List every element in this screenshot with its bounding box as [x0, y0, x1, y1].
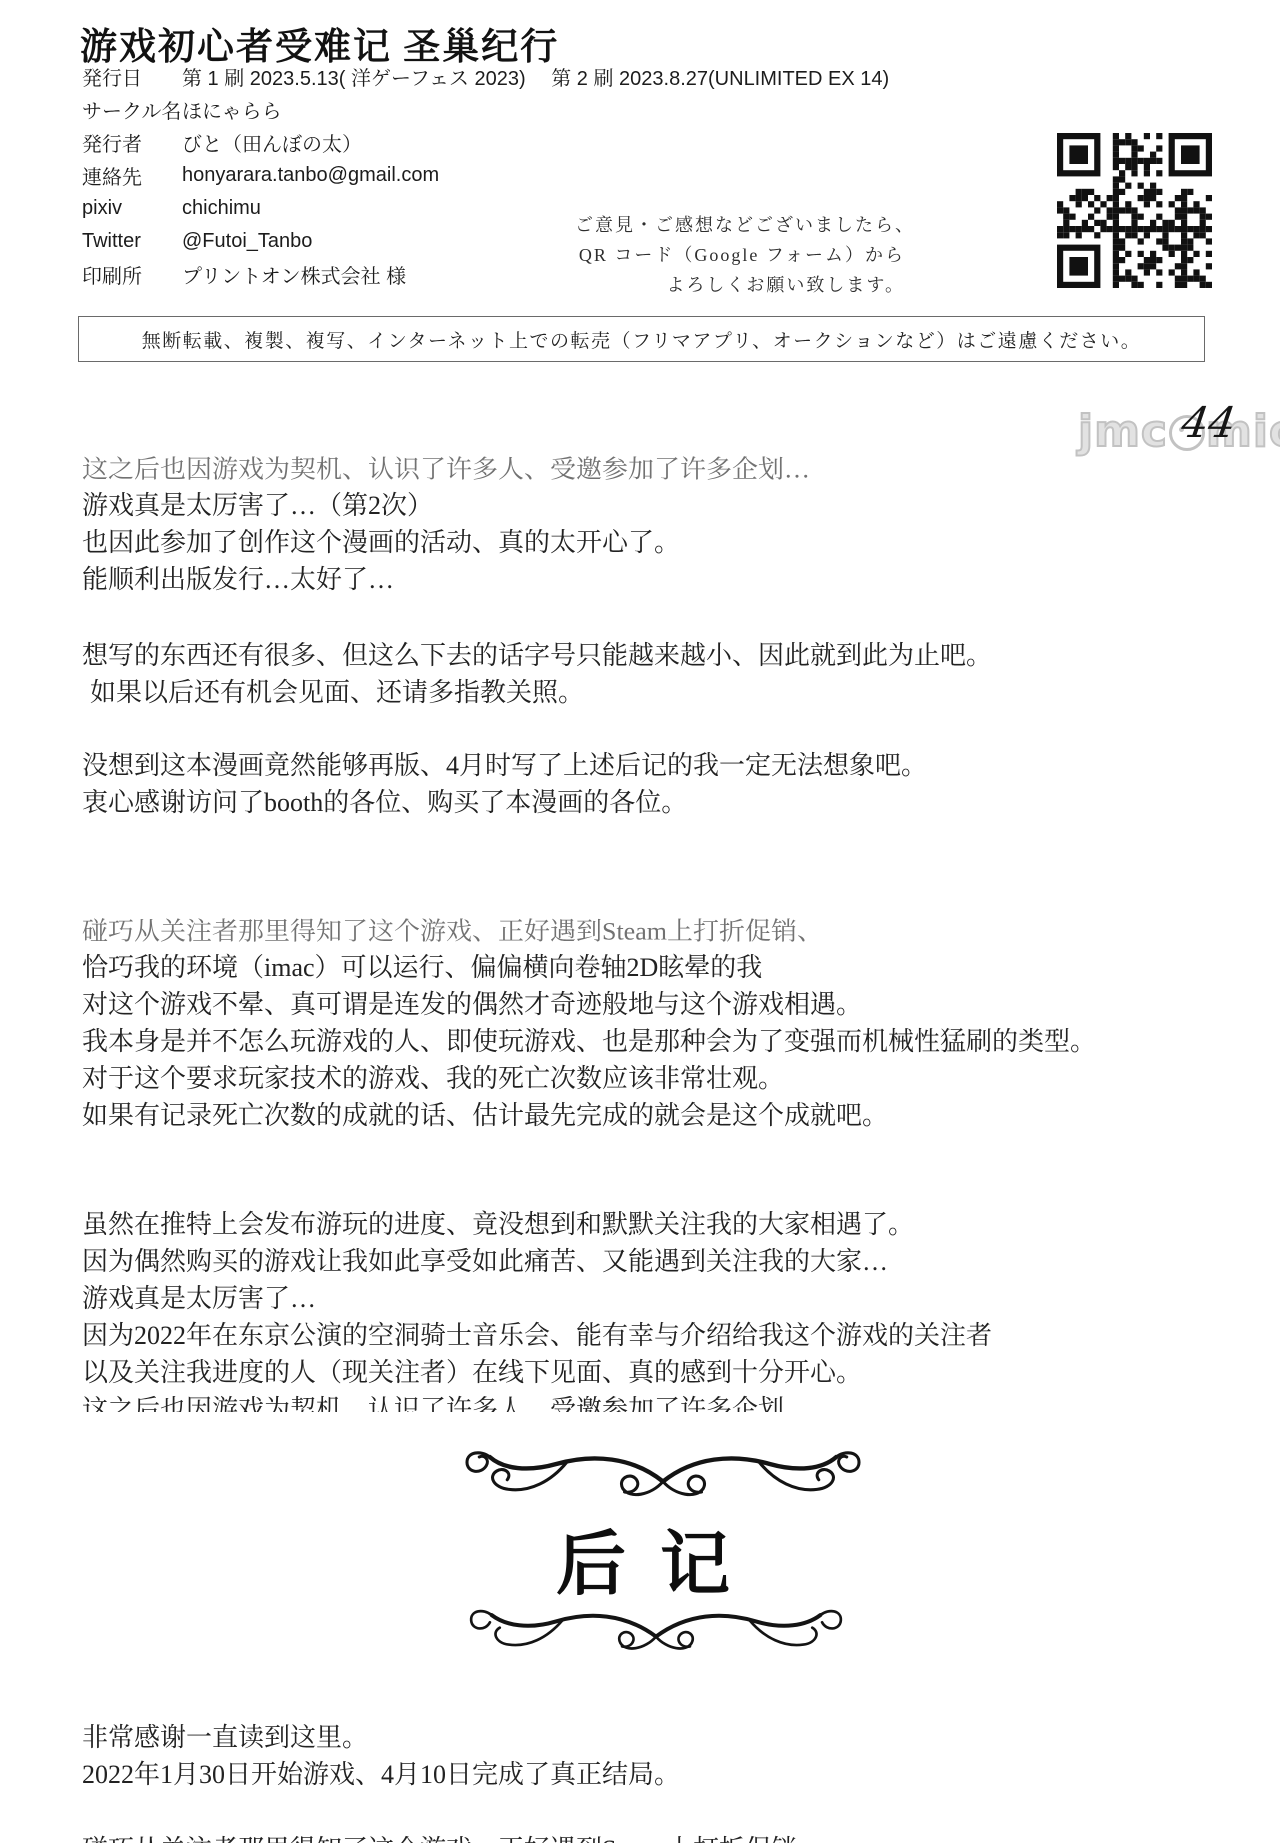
colophon-value: ほにゃらら [182, 95, 282, 124]
colophon-value: 第 1 刷 2023.5.13( 洋ゲーフェス 2023) 第 2 刷 2023… [182, 62, 889, 91]
colophon-row: 連絡先 honyarara.tanbo@gmail.com [82, 159, 889, 192]
text-line: 没想到这本漫画竟然能够再版、4月时写了上述后记的我一定无法想象吧。 [82, 747, 1240, 784]
section-heading: 后记 [0, 1508, 1280, 1609]
text-line: 如果有记录死亡次数的成就的话、估计最先完成的就会是这个成就吧。 [82, 1097, 1240, 1134]
text-line-clipped-bottom: 碰巧从关注者那里得知了这个游戏、正好遇到Steam上打折促销、 [82, 1831, 823, 1843]
colophon-label: 印刷所 [82, 260, 182, 289]
text-line: 因为2022年在东京公演的空洞骑士音乐会、能有幸与介绍给我这个游戏的关注者 [82, 1317, 1240, 1354]
colophon-label: Twitter [82, 230, 182, 253]
paragraph-4: 碰巧从关注者那里得知了这个游戏、正好遇到Steam上打折促销、 恰巧我的环境（i… [82, 912, 1240, 1134]
text-line: 这之后也因游戏为契机、认识了许多人、受邀参加了许多企划… [82, 451, 1240, 487]
colophon-printer: プリントオン株式会社 様 [182, 260, 406, 289]
text-line: 对于这个要求玩家技术的游戏、我的死亡次数应该非常壮观。 [82, 1060, 1240, 1097]
text-line: 因为偶然购买的游戏让我如此享受如此痛苦、又能遇到关注我的大家… [82, 1243, 1240, 1280]
text-line: 游戏真是太厉害了… [82, 1280, 1240, 1317]
afterword-page: 游戏初心者受难记 圣巢纪行 発行日 第 1 刷 2023.5.13( 洋ゲーフェ… [0, 0, 1280, 1843]
text-line: 2022年1月30日开始游戏、4月10日完成了真正结局。 [82, 1756, 1240, 1793]
colophon-pixiv-id: chichimu [182, 197, 261, 220]
colophon-email: honyarara.tanbo@gmail.com [182, 164, 439, 187]
text-line: 游戏真是太厉害了…（第2次） [82, 487, 1240, 524]
colophon-label: 連絡先 [82, 161, 182, 190]
text-line: 碰巧从关注者那里得知了这个游戏、正好遇到Steam上打折促销、 [82, 913, 1240, 949]
paragraph-3: 没想到这本漫画竟然能够再版、4月时写了上述后记的我一定无法想象吧。 衷心感谢访问… [82, 747, 1240, 821]
qr-code [1057, 133, 1212, 288]
text-line: 对这个游戏不晕、真可谓是连发的偶然才奇迹般地与这个游戏相遇。 [82, 986, 1240, 1023]
text-line: 也因此参加了创作这个漫画的活动、真的太开心了。 [82, 524, 1240, 561]
colophon-label: 発行者 [82, 128, 182, 157]
colophon-row: 発行日 第 1 刷 2023.5.13( 洋ゲーフェス 2023) 第 2 刷 … [82, 60, 889, 93]
colophon-row: 発行者 びと（田んぼの太） [82, 126, 889, 159]
text-line: 虽然在推特上会发布游玩的进度、竟没想到和默默关注我的大家相遇了。 [82, 1206, 1240, 1243]
text-line: 我本身是并不怎么玩游戏的人、即使玩游戏、也是那种会为了变强而机械性猛刷的类型。 [82, 1023, 1240, 1060]
feedback-line: よろしくお願い致します。 [575, 270, 905, 300]
paragraph-5: 虽然在推特上会发布游玩的进度、竟没想到和默默关注我的大家相遇了。 因为偶然购买的… [82, 1206, 1240, 1412]
colophon-label: 発行日 [82, 62, 182, 91]
feedback-line: ご意見・ご感想などございましたら、 [575, 210, 905, 240]
text-line: 如果以后还有机会见面、还请多指教关照。 [82, 674, 1240, 711]
watermark-text-left: jmc [1078, 406, 1168, 457]
page-number: 44 [1179, 398, 1239, 447]
colophon-label: サークル名 [82, 95, 182, 124]
text-line: 衷心感谢访问了booth的各位、购买了本漫画的各位。 [82, 784, 1240, 821]
text-line-clipped: 这之后也因游戏为契机、认识了许多人、受邀参加了许多企划… [82, 1391, 1240, 1412]
colophon-value: びと（田んぼの太） [182, 128, 362, 157]
text-line: 以及关注我进度的人（现关注者）在线下见面、真的感到十分开心。 [82, 1354, 1240, 1391]
text-line: 想写的东西还有很多、但这么下去的话字号只能越来越小、因此就到此为止吧。 [82, 637, 1240, 674]
paragraph-1: 这之后也因游戏为契机、认识了许多人、受邀参加了许多企划… 游戏真是太厉害了…（第… [82, 450, 1240, 598]
text-line: 能顺利出版发行…太好了… [82, 561, 1240, 598]
text-line: 恰巧我的环境（imac）可以运行、偏偏横向卷轴2D眩晕的我 [82, 949, 1240, 986]
closing-paragraph: 非常感谢一直读到这里。 2022年1月30日开始游戏、4月10日完成了真正结局。 [82, 1719, 1240, 1793]
notice-box: 無断転載、複製、複写、インターネット上での転売（フリマアプリ、オークションなど）… [78, 316, 1205, 362]
feedback-note: ご意見・ご感想などございましたら、 QR コード（Google フォーム）から … [575, 210, 905, 300]
colophon-twitter-id: @Futoi_Tanbo [182, 230, 312, 253]
text-line: 非常感谢一直读到这里。 [82, 1719, 1240, 1756]
flourish-ornament-bottom [426, 1608, 886, 1658]
feedback-line: QR コード（Google フォーム）から [575, 240, 905, 270]
flourish-ornament-top [418, 1450, 908, 1506]
colophon-row: サークル名 ほにゃらら [82, 93, 889, 126]
notice-text: 無断転載、複製、複写、インターネット上での転売（フリマアプリ、オークションなど）… [142, 326, 1142, 353]
paragraph-2: 想写的东西还有很多、但这么下去的话字号只能越来越小、因此就到此为止吧。 如果以后… [82, 637, 1240, 711]
colophon-label: pixiv [82, 197, 182, 220]
